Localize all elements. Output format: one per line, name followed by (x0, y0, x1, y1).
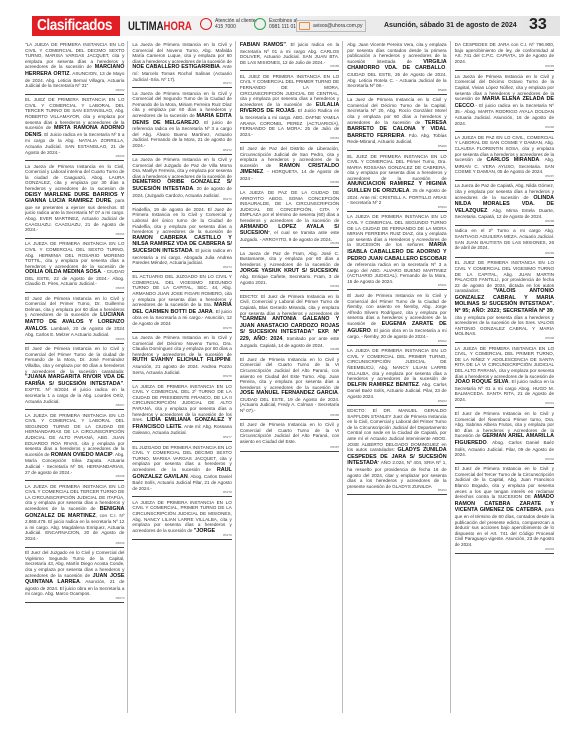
legal-notice: EDICTO: El DR. MANUEL GERALDO SAFFLDIN S… (347, 407, 446, 495)
notice-text: radica en el 2º Turno a mi cargo Abg. SA… (455, 228, 554, 250)
legal-notice: El Juez de Primera Instancia en lo Civil… (455, 465, 554, 553)
notice-text: La Jueza de Primera Instancia en lo Civi… (132, 335, 231, 357)
column-4: Abg. Juan Vicente Pereira Vera, cita y e… (347, 41, 450, 713)
legal-notice: El Juez de Primera Instancia en lo Civil… (240, 421, 339, 451)
deceased-name: DELFIN RAMIREZ BENITEZ (347, 382, 419, 388)
legal-notice: LA JUEZA DE PRIMERA INSTANCIA EN LO CIVI… (25, 483, 124, 548)
column-5: DA CESPEDES DE JARA con C.I. Nº 796.900,… (455, 41, 557, 713)
legal-notice: LA JUEZA DE PAZ DE LA CIUDAD DE ARROYITO… (240, 189, 339, 248)
legal-notice: EL JUEZ DE PRIMERA INSTANCIA EN LO CIVIL… (25, 96, 124, 161)
legal-notice: La Jueza de Primera Instancia en lo Civi… (132, 334, 231, 381)
deceased-name: JOSE MANUEL FERNANDEZ GARCIA (240, 390, 338, 396)
legal-notice: El Juez de Paz del Distrito de Liberació… (240, 145, 339, 188)
deceased-name: "JUANA MARGARITA RIVOIR VDA DE FARIÑA S/… (25, 374, 124, 387)
notice-code: R5280 (240, 65, 339, 68)
phone-icon (200, 18, 212, 30)
legal-notice: LA JUEZA DE PAZ EN LO CIVIL, COMERCIAL Y… (455, 134, 554, 181)
legal-notice: LA JUEZA DE PRIMERA INSTANCIA EN LO CIVI… (132, 499, 231, 541)
notice-code: R5300 (455, 337, 554, 340)
deceased-name: ODILIA OILDA MEDINA SOSA (25, 269, 101, 275)
legal-notice: radica en el 2º Turno a mi cargo Abg. SA… (455, 227, 554, 257)
page-header: Clasificados ULTIMAHORA Atención al clie… (0, 0, 580, 38)
legal-notice: EL JUEZ DE PRIMERA INSTANCIA EN LO CIVIL… (347, 153, 446, 212)
notice-text: EDICTO: El Juez de Primera Instancia en … (240, 294, 339, 316)
legal-notice: La Jueza de Primera Instancia en lo Civi… (132, 156, 231, 204)
legal-notice: La Juez de Primera Instancia en lo Civil… (347, 96, 446, 151)
legal-notice: La Jueza de Primera Instancia en lo Civi… (455, 73, 554, 132)
notice-code: R5292 (347, 340, 446, 343)
whatsapp-icon (254, 18, 266, 30)
section-banner: Clasificados (32, 16, 132, 36)
notice-text: El Juez de Primera Instancia en lo Civil… (240, 422, 339, 444)
notice-code: R5285 (240, 348, 339, 351)
notice-code: R5262 (25, 89, 124, 92)
notice-code: R5282 (240, 181, 339, 184)
notice-code: R5266 (25, 338, 124, 341)
legal-notice: EL ACTUARIO DEL JUZGADO EN LO CIVIL Y CO… (132, 273, 231, 332)
notice-code: R5299 (455, 252, 554, 255)
classifieds-columns: "LA JUEZA DE PRIMERA INSTANCIA EN LO CIV… (25, 41, 557, 713)
deceased-name: "JORGE (194, 528, 215, 534)
legal-notice: DA CESPEDES DE JARA con C.I. Nº 796.900,… (455, 41, 554, 71)
notice-code: R5270 (25, 597, 124, 600)
notice-code: R5272 (132, 149, 231, 152)
notice-text: El Juez de Primera Instancia en lo Civil… (240, 357, 339, 390)
notice-code: R5274 (132, 266, 231, 269)
section-title: Clasificados (37, 16, 112, 36)
notice-code: R5296 (455, 126, 554, 129)
legal-notice: LA JUEZA DE PRIMERA INSTANCIA EN LO CIVI… (132, 383, 231, 442)
phone-contact: Atención al cliente:415 7000 (200, 18, 257, 30)
column-2: La Jueza de Primera Instancia en lo Civi… (132, 41, 235, 713)
notice-text: La Jueza de Primera Instancia en lo Civi… (132, 42, 231, 64)
notice-code: R5281 (240, 137, 339, 140)
notice-code: R5284 (240, 285, 339, 288)
issue-date: Asunción, sábado 31 de agosto de 2024 (384, 22, 517, 29)
notice-code: R5273 (132, 198, 231, 201)
legal-notice: EDICTO: El Juez de Primera Instancia en … (240, 293, 339, 354)
notice-code: R5301 (455, 402, 554, 405)
deceased-name: JORGE YASIUK KRUT S/ SUCESION (240, 268, 338, 274)
notice-text: El Juez de Primera Instancia en lo Civil… (25, 346, 124, 373)
legal-notice: El Juez de Primera Instancia en lo Civil… (240, 356, 339, 420)
notice-text: LA JUEZA DE PRIMERA INSTANCIA EN LO CIVI… (132, 500, 231, 533)
deceased-name: RUTH EVAHNY ELICHALT FILIPPINI (132, 357, 230, 363)
legal-notice: LA JUEZA DE PRIMERA INSTANCIA EN LO CIVI… (25, 412, 124, 482)
deceased-name: NOE CABALLERO ESTIGARRIBIA (132, 64, 219, 70)
legal-notice: El Juez de Primera Instancia en lo Civil… (455, 410, 554, 464)
notice-text: DA CESPEDES DE JARA con C.I. Nº 796.900,… (455, 42, 554, 64)
legal-notice: LA JUEZA DE PRIMERA INSTANCIA EN LO CIVI… (347, 347, 446, 405)
notice-code: R5291 (347, 284, 446, 287)
notice-code: R5295 (455, 65, 554, 68)
notice-text: de referencia radica en la secretaría Nº… (347, 262, 446, 284)
notice-text: EL JUEZ DE PRIMERA INSTANCIA EN LO CIVIL… (347, 154, 446, 181)
deceased-name: DEISY MARLENE DURE BARRIOS Y GIANNA LUCI… (25, 192, 124, 205)
notice-code: R5275 (132, 327, 231, 330)
notice-text: , para que en el término de 60 días, con… (455, 507, 554, 547)
notice-text: La Jueza de Paz de Fram, Abg. José C. Bu… (240, 251, 339, 267)
notice-code: R5268 (25, 475, 124, 478)
notice-code: R5288 (347, 89, 446, 92)
notice-code: R5276 (132, 375, 231, 378)
notice-code: R5302 (455, 458, 554, 461)
notice-text: LA JUEZA DE PRIMERA INSTANCIA EN LO CIVI… (347, 348, 446, 381)
legal-notice: "LA JUEZA DE PRIMERA INSTANCIA EN LO CIV… (25, 41, 124, 95)
legal-notice: La Jueza de Primera Instancia en lo Civi… (132, 41, 231, 88)
notice-code: R5286 (240, 414, 339, 417)
notice-code: R5293 (347, 400, 446, 403)
notice-text: La Jueza de Primera Instancia en lo Civi… (132, 157, 231, 179)
column-3: FABIAN RAMOS". El juicio radica en la Se… (240, 41, 343, 713)
notice-code: R5289 (347, 145, 446, 148)
notice-code: R5279 (132, 534, 231, 537)
notice-text: LA JUEZA DE PRIMERA INSTANCIA EN LO CIVI… (25, 413, 124, 457)
deceased-name: CARLOS MIRANDA (487, 157, 540, 163)
legal-notice: EL JUZGADO DE PRIMERA INSTANCIA EN LO CI… (132, 444, 231, 498)
legal-notice: LA JUEZA DE PRIMERA INSTANCIA EN LO CIVI… (347, 213, 446, 290)
notice-code: R5290 (347, 206, 446, 209)
notice-code: R5278 (132, 491, 231, 494)
notice-code: R5271 (132, 82, 231, 85)
legal-notice: La Jueza de Paz de Fram, Abg. José C. Bu… (240, 250, 339, 292)
notice-code: R5287 (240, 446, 339, 449)
notice-text: La Jueza de Primera Instancia en lo Civi… (25, 164, 124, 191)
notice-text: EDICTO: El DR. MANUEL GERALDO SAFFLDIN S… (347, 408, 446, 452)
deceased-name: JOAO ROQUE SILVA (455, 379, 509, 385)
notice-text: LA JUEZA DE PRIMERA INSTANCIA EN LO CIVI… (455, 346, 554, 379)
legal-notice: La Jueza de Primera Instancia en lo Civi… (132, 90, 231, 155)
legal-notice: El Juez del Juzgado en lo Civil y Comerc… (25, 549, 124, 603)
legal-notice: LA JUEZA DE PRIMERA INSTANCIA EN LO CIVI… (455, 345, 554, 409)
notice-code: R5265 (25, 287, 124, 290)
notice-text: LA JUEZA DE PAZ DE LA CIUDAD DE ARROYITO… (240, 190, 339, 223)
notice-code: R5283 (240, 242, 339, 245)
notice-code: R5264 (25, 233, 124, 236)
legal-notice: El Juez de Primera Instancia en lo Civil… (25, 295, 124, 344)
newspaper-logo: ULTIMAHORA (128, 19, 192, 33)
notice-code: R5269 (25, 542, 124, 545)
notice-code: R5303 (455, 548, 554, 551)
legal-notice: Fiadelfia, 19 de agosto de 2024. El Juez… (132, 206, 231, 272)
page-number: 33 (529, 16, 547, 34)
notice-code: R5277 (132, 436, 231, 439)
deceased-name: ROMAN OVIEDO MACIP (51, 452, 113, 458)
notice-code: R5294 (347, 489, 446, 492)
legal-notice: El Juez de Primera Instancia en lo Civil… (347, 292, 446, 346)
notice-code: R5263 (25, 155, 124, 158)
legal-notice: EL JUEZ DE PRIMERA INSTANCIA EN LO CIVIL… (240, 73, 339, 144)
email-icon (299, 22, 310, 30)
email-contact: avisos@uhora.com.py (296, 20, 366, 32)
notice-code: R5297 (455, 175, 554, 178)
whatsapp-contact: Escribinos al0981 111 01 (254, 18, 297, 30)
legal-notice: EL JUEZ DE PRIMERA INSTANCIA EN LO CIVIL… (455, 259, 554, 343)
legal-notice: FABIAN RAMOS". El juicio radica en la Se… (240, 41, 339, 71)
column-1: "LA JUEZA DE PRIMERA INSTANCIA EN LO CIV… (25, 41, 128, 713)
legal-notice: La Jueza de Paz de Capiatá, Abg. Nilda G… (455, 182, 554, 226)
notice-text: Fiadelfia, 19 de agosto de 2024. El Juez… (132, 207, 231, 234)
legal-notice: LA JUEZA DE PRIMERA INSTANCIA EN LO CIVI… (25, 240, 124, 293)
deceased-name: FABIAN RAMOS" (240, 42, 286, 48)
legal-notice: La Jueza de Primera Instancia en lo Civi… (25, 163, 124, 239)
notice-code: R5298 (455, 220, 554, 223)
legal-notice: El Juez de Primera Instancia en lo Civil… (25, 345, 124, 410)
notice-text: LA JUEZA DE PRIMERA INSTANCIA EN LO CIVI… (25, 241, 124, 268)
legal-notice: Abg. Juan Vicente Pereira Vera, cita y e… (347, 41, 446, 95)
notice-code: R5267 (25, 404, 124, 407)
